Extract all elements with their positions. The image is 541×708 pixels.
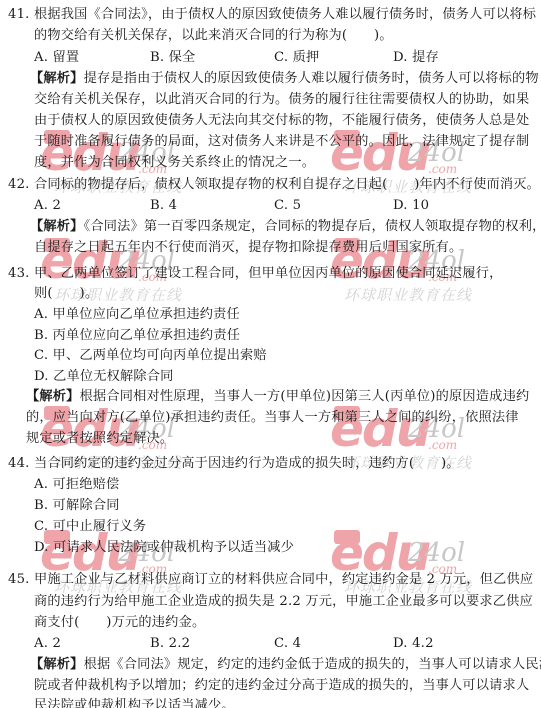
question-stem: 甲施工企业与乙材料供应商订立的材料供应合同中，约定违约金是 2 万元，但乙供应: [34, 571, 533, 589]
question-number: 45.: [8, 571, 30, 589]
analysis-label: 【解析】: [30, 219, 84, 234]
option-d: D. 可请求人民法院或仲裁机构予以适当减少: [34, 539, 294, 557]
option-d: D. 4.2: [393, 635, 434, 653]
question-stem: 合同标的物提存后，债权人领取提存物的权利自提存之日起( )年内不行使而消灭。: [34, 176, 540, 194]
option-b: B. 4: [150, 197, 177, 215]
analysis-line: 【解析】根据《合同法》规定，约定的违约金低于造成的损失的，当事人可以请求人民法: [30, 656, 541, 674]
question-stem: 当合同约定的违约金过分高于因违约行为造成的损失时，违约方( )。: [34, 455, 460, 473]
analysis-label: 【解析】: [30, 71, 84, 86]
analysis-line: 交给有关机关保存，以此消灭合同的行为。债务的履行往往需要债权人的协助，如果: [34, 91, 529, 109]
question-number: 42.: [8, 176, 30, 194]
question-stem: 根据我国《合同法》，由于债权人的原因致使债务人难以履行债务时，债务人可以将标: [34, 6, 536, 24]
option-c: C. 甲、乙两单位均可向丙单位提出索赔: [34, 347, 267, 365]
analysis-line: 度，并作为合同权利义务关系终止的情况之一。: [34, 154, 315, 172]
analysis-label: 【解析】: [26, 389, 80, 404]
option-a: A. 留置: [34, 49, 79, 67]
analysis-line: 【解析】根据合同相对性原理，当事人一方(甲单位)因第三人(丙单位)的原因造成违约: [26, 388, 529, 406]
option-b: B. 丙单位应向乙单位承担违约责任: [34, 327, 240, 345]
option-b: B. 可解除合同: [34, 497, 120, 515]
analysis-line: 自提存之日起五年内不行使而消灭，提存物扣除提存费用后归国家所有。: [34, 239, 462, 257]
analysis-line: 由于债权人的原因致使债务人无法向其交付标的物，不能履行债务，使债务人总是处: [34, 112, 529, 130]
option-a: A. 甲单位应向乙单位承担违约责任: [34, 306, 240, 324]
question-number: 43.: [8, 265, 30, 283]
option-b: B. 2.2: [150, 635, 190, 653]
option-a: A. 2: [34, 197, 61, 215]
question-stem: 甲、乙两单位签订了建设工程合同，但甲单位因丙单位的原因使合同延迟履行，: [34, 265, 503, 283]
question-stem: 商支付( )万元的违约金。: [34, 614, 205, 632]
analysis-line: 【解析】提存是指由于债权人的原因致使债务人难以履行债务时，债务人可以将标的物: [30, 70, 539, 88]
question-stem: 的物交给有关机关保存，以此来消灭合同的行为称为( )。: [34, 27, 393, 45]
option-a: A. 2: [34, 635, 61, 653]
watermark-badge: [334, 530, 360, 544]
question-stem: 商的违约行为给甲施工企业造成的损失是 2.2 万元，甲施工企业最多可以要求乙供应: [34, 593, 533, 611]
option-c: C. 可中止履行义务: [34, 518, 146, 536]
analysis-line: 民法院或仲裁机构予以适当减少。: [34, 697, 235, 708]
analysis-line: 的，应当向对方(乙单位)承担违约责任。当事人一方和第三人之间的纠纷，依照法律: [26, 409, 519, 427]
analysis-label: 【解析】: [30, 657, 84, 672]
question-number: 41.: [8, 6, 30, 24]
exam-page: edu 24ol .com 环球职业教育在线 edu 24ol .com 环球职…: [0, 0, 541, 708]
option-b: B. 保全: [150, 49, 195, 67]
option-d: D. 乙单位无权解除合同: [34, 368, 174, 386]
question-stem: 则( )。: [34, 285, 98, 303]
analysis-line: 院或者仲裁机构予以增加；约定的违约金过分高于造成的损失的，当事人可以请求人: [34, 677, 529, 695]
analysis-line: 于随时准备履行债务的局面，这对债务人来讲是不公平的。因此，法律规定了提存制: [34, 133, 529, 151]
analysis-line: 【解析】《合同法》第一百零四条规定，合同标的物提存后，债权人领取提存物的权利，: [30, 218, 541, 236]
analysis-line: 规定或者按照约定解决。: [26, 430, 173, 448]
option-c: C. 4: [274, 635, 301, 653]
option-a: A. 可拒绝赔偿: [34, 476, 119, 494]
option-d: D. 提存: [393, 49, 439, 67]
question-number: 44.: [8, 455, 30, 473]
option-c: C. 5: [274, 197, 301, 215]
option-c: C. 质押: [274, 49, 319, 67]
option-d: D. 10: [393, 197, 429, 215]
